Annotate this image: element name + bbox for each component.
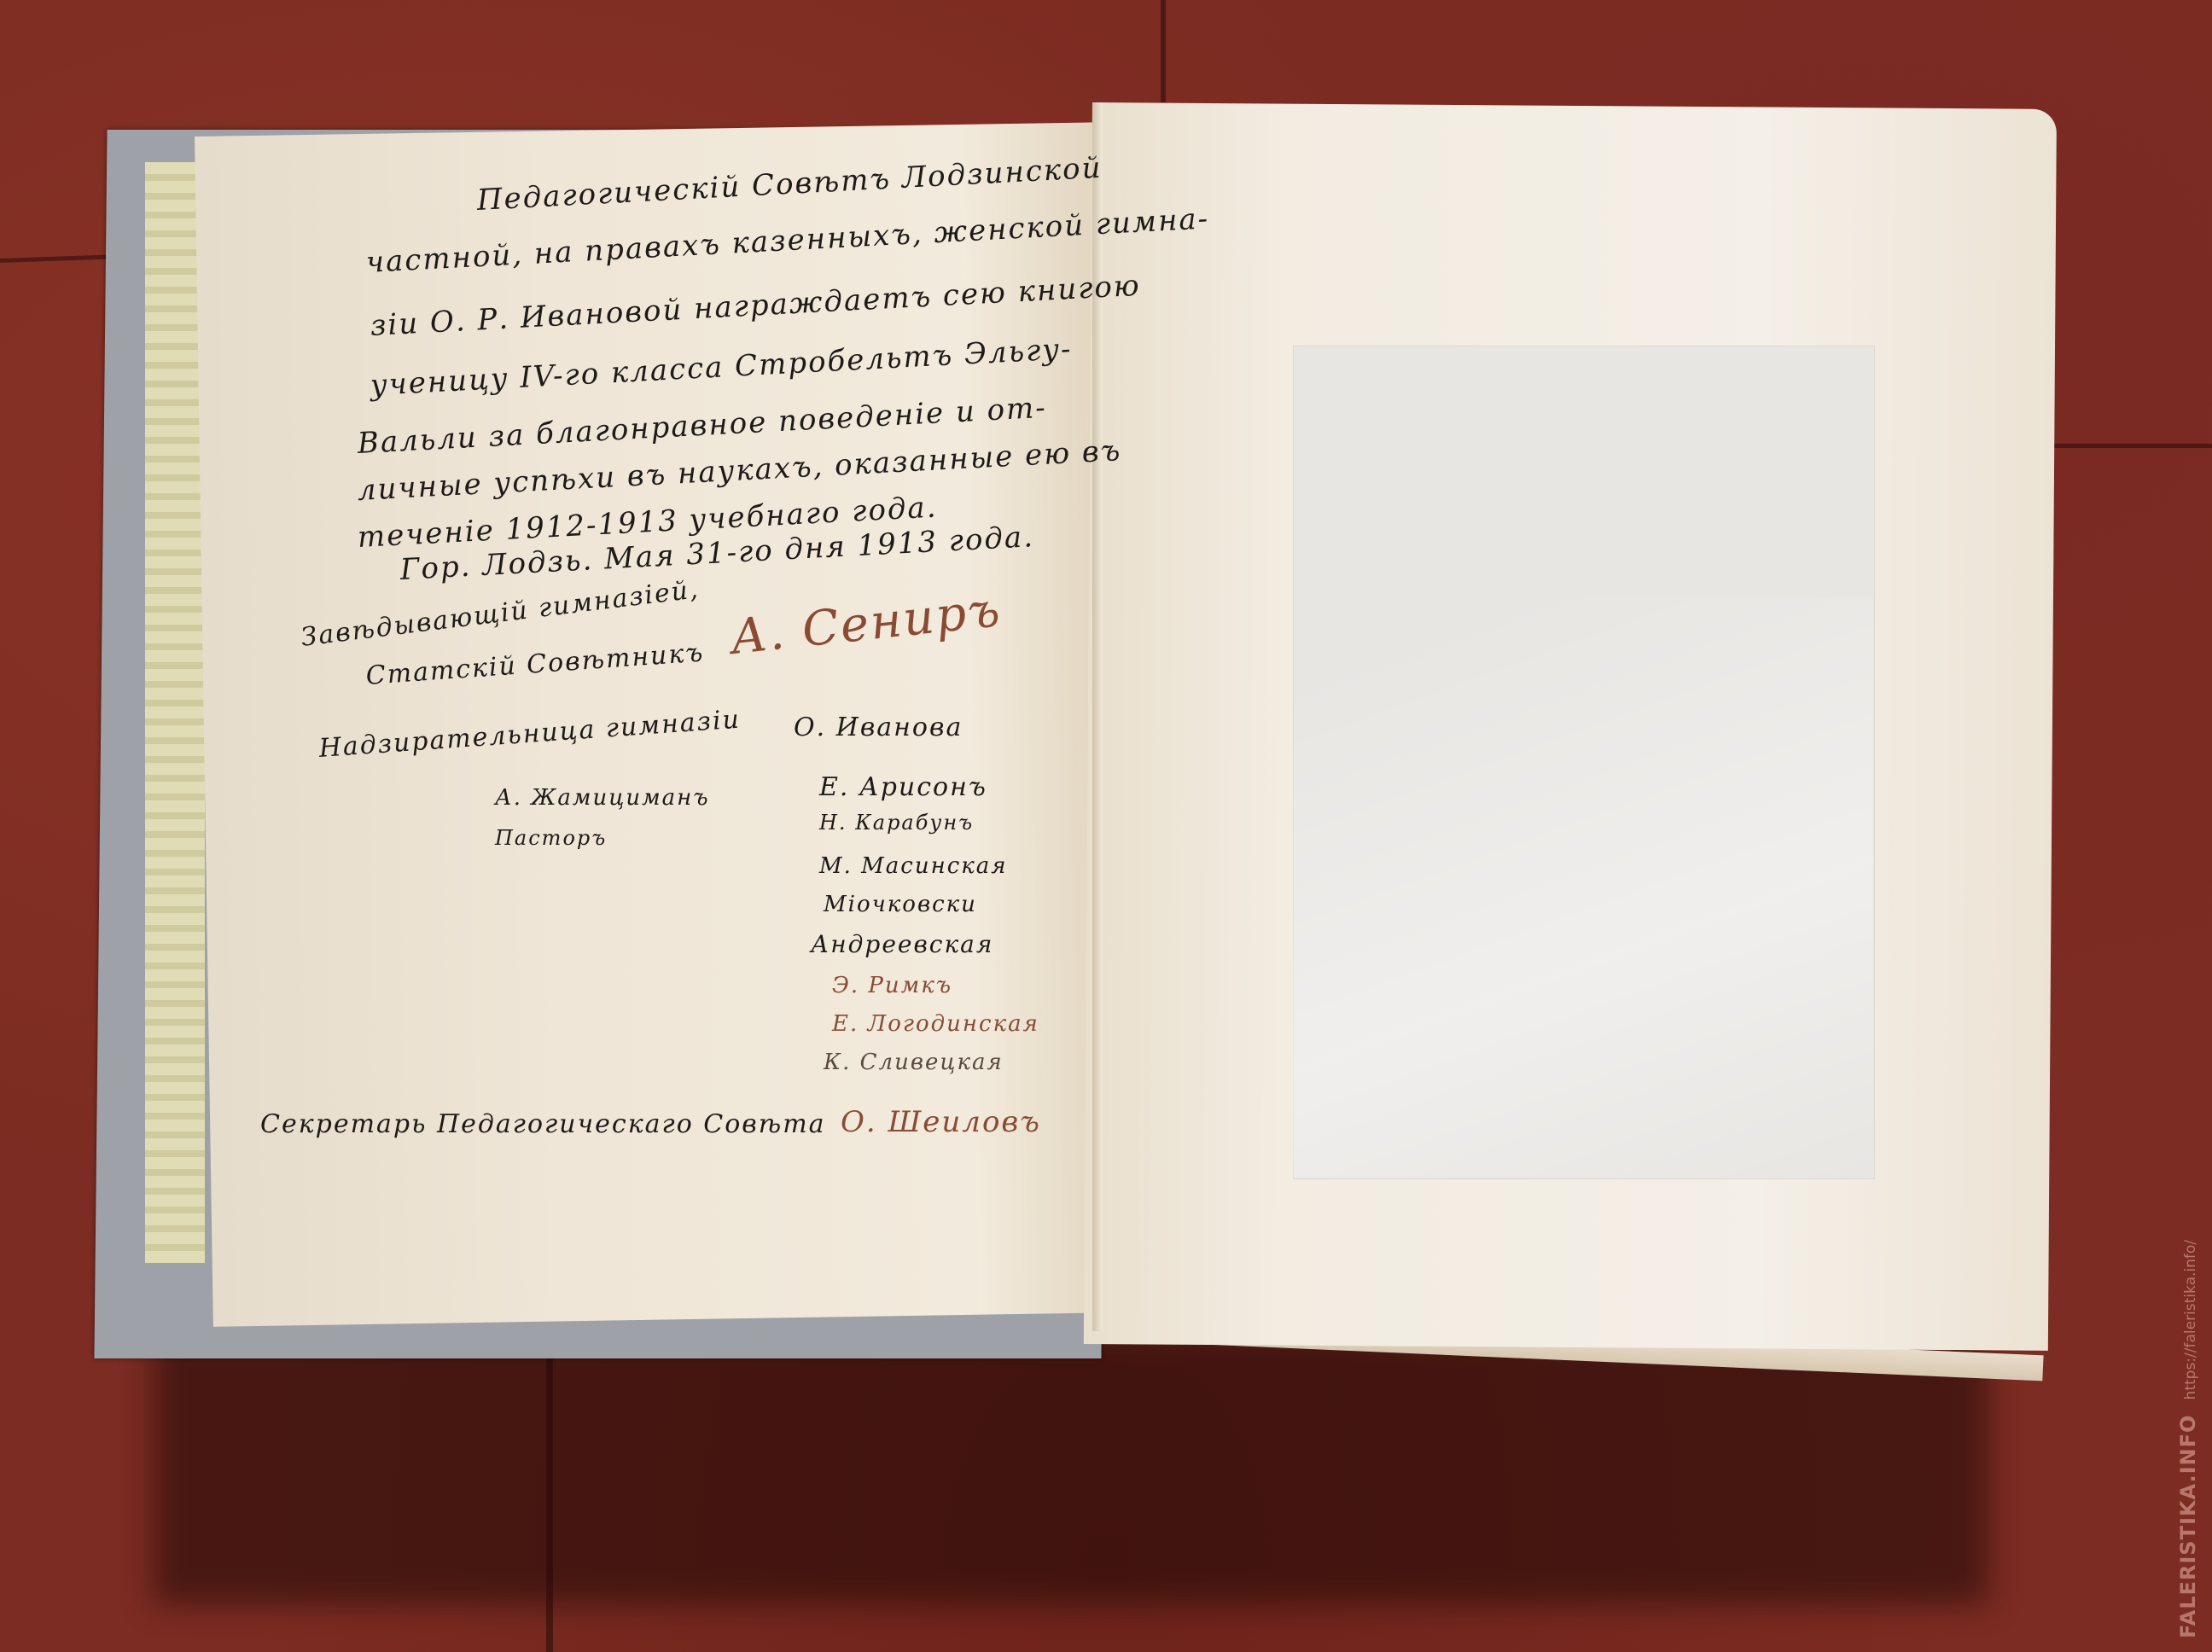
- marbled-endpaper: [145, 162, 205, 1263]
- watermark-title: FALERISTIKA.INFO: [2176, 1415, 2200, 1638]
- teacher-signature: М. Масинская: [819, 853, 1008, 879]
- left-signature: А. Жамициманъ: [495, 785, 710, 811]
- plate-glare: [1293, 597, 1873, 1178]
- teacher-signature: К. Сливецкая: [824, 1050, 1004, 1075]
- teacher-signature: Андреевская: [811, 930, 993, 958]
- secretary-title: Секретарь Педагогическаго Совѣта: [260, 1109, 826, 1139]
- watermark-url: https://faleristika.info/: [2182, 1240, 2199, 1399]
- teacher-signature: Э. Римкъ: [832, 973, 952, 998]
- teacher-signature: Е. Логодинская: [832, 1011, 1039, 1037]
- leather-seam: [2048, 444, 2212, 448]
- book-shadow: [154, 1331, 1988, 1604]
- leather-seam: [1161, 0, 1166, 102]
- leather-seam: [546, 1331, 553, 1652]
- secretary-signature: О. Шеиловъ: [841, 1105, 1041, 1139]
- supervisor-signature: О. Иванова: [794, 713, 963, 742]
- teacher-signature: Мiочковски: [824, 892, 977, 917]
- left-signature: Пасторъ: [495, 826, 607, 850]
- teacher-signature: Н. Карабунъ: [819, 811, 974, 835]
- teacher-signature: Е. Арисонъ: [819, 772, 987, 802]
- watermark: FALERISTIKA.INFO https://faleristika.inf…: [2176, 1240, 2200, 1638]
